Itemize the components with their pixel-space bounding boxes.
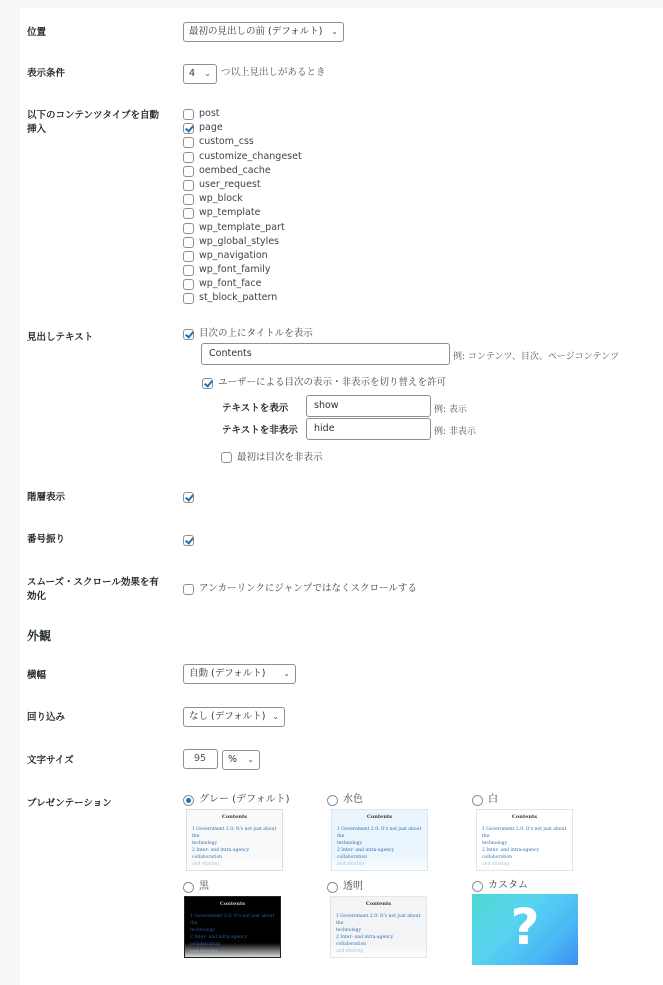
post-type-label: wp_template_part [199, 221, 285, 235]
radio-transparent[interactable] [327, 882, 338, 893]
preview-title: Contents [192, 814, 277, 821]
initially-hidden-checkbox[interactable] [221, 452, 232, 463]
numbering-checkbox[interactable] [183, 535, 194, 546]
post-type-label: page [199, 121, 223, 135]
radio-gray[interactable] [183, 795, 194, 806]
post-type-label: wp_global_styles [199, 235, 279, 249]
allow-toggle-label: ユーザーによる目次の表示・非表示を切り替えを許可 [218, 376, 446, 390]
preview-title: Contents [482, 814, 567, 821]
numbering-label: 番号振り [27, 533, 65, 547]
hide-text-label: テキストを非表示 [222, 422, 298, 436]
smooth-scroll-checkbox[interactable] [183, 584, 194, 595]
checkbox-wp-font-family[interactable] [183, 265, 194, 276]
initially-hidden-label: 最初は目次を非表示 [237, 451, 323, 465]
width-select-value: 自動 (デフォルト) [189, 668, 265, 679]
checkbox-post[interactable] [183, 109, 194, 120]
display-condition-suffix: つ以上見出しがあるとき [221, 66, 326, 80]
preview-line: 1 Government 2.0: It's not just about th… [190, 913, 275, 927]
smooth-scroll-label: スムーズ・スクロール効果を有 効化 [27, 576, 159, 604]
float-label: 回り込み [27, 711, 65, 725]
toc-title-hint: 例: コンテンツ、目次、ページコンテンツ [453, 349, 619, 362]
hierarchy-checkbox[interactable] [183, 492, 194, 503]
preview-custom[interactable]: ? [472, 894, 578, 965]
preview-title: Contents [190, 901, 275, 908]
allow-toggle-checkbox[interactable] [202, 378, 213, 389]
checkbox-page[interactable] [183, 123, 194, 134]
position-select[interactable]: 最初の見出しの前 (デフォルト) ⌄ [183, 22, 344, 42]
heading-text-label: 見出しテキスト [27, 331, 93, 345]
auto-insert-label-line2: 挿入 [27, 123, 159, 137]
post-type-label: custom_css [199, 135, 254, 149]
preview-transparent[interactable]: Contents 1 Government 2.0: It's not just… [330, 896, 427, 958]
smooth-scroll-option-label: アンカーリンクにジャンプではなくスクロールする [199, 582, 417, 596]
show-title-checkbox[interactable] [183, 329, 194, 340]
preview-line: technology [190, 927, 275, 934]
preview-title: Contents [337, 814, 422, 821]
width-label: 横幅 [27, 669, 46, 683]
presentation-option-label: カスタム [488, 879, 528, 893]
post-type-label: wp_font_face [199, 277, 261, 291]
checkbox-customize-changeset[interactable] [183, 152, 194, 163]
preview-line: 1 Government 2.0: It's not just about th… [482, 826, 567, 840]
checkbox-oembed-cache[interactable] [183, 166, 194, 177]
heading-count-select[interactable]: 4 ⌄ [183, 64, 217, 84]
float-select-value: なし (デフォルト) [189, 711, 265, 722]
font-size-unit-value: % [228, 754, 237, 765]
font-size-unit-select[interactable]: % ⌄ [222, 750, 260, 770]
font-size-input[interactable]: 95 [183, 749, 218, 769]
question-mark-icon: ? [472, 898, 578, 956]
post-type-label: wp_navigation [199, 249, 268, 263]
preview-light-blue[interactable]: Contents 1 Government 2.0: It's not just… [331, 809, 428, 871]
checkbox-wp-navigation[interactable] [183, 251, 194, 262]
font-size-label: 文字サイズ [27, 754, 74, 768]
show-text-label: テキストを表示 [222, 400, 288, 414]
preview-line: 1 Government 2.0: It's not just about th… [192, 826, 277, 840]
float-select[interactable]: なし (デフォルト) ⌄ [183, 707, 285, 727]
presentation-label: プレゼンテーション [27, 797, 112, 811]
hide-text-input[interactable]: hide [306, 418, 431, 440]
post-type-label: oembed_cache [199, 164, 271, 178]
smooth-scroll-label-line1: スムーズ・スクロール効果を有 [27, 576, 159, 590]
auto-insert-label-line1: 以下のコンテンツタイプを自動 [27, 109, 159, 123]
radio-black[interactable] [183, 882, 194, 893]
presentation-option-label: 水色 [343, 793, 363, 807]
chevron-down-icon: ⌄ [204, 65, 211, 83]
radio-white[interactable] [472, 795, 483, 806]
preview-gray[interactable]: Contents 1 Government 2.0: It's not just… [186, 809, 283, 871]
checkbox-wp-template-part[interactable] [183, 223, 194, 234]
checkbox-custom-css[interactable] [183, 137, 194, 148]
chevron-down-icon: ⌄ [283, 665, 290, 683]
toc-title-input[interactable]: Contents [201, 343, 450, 365]
checkbox-st-block-pattern[interactable] [183, 293, 194, 304]
position-label: 位置 [27, 26, 46, 40]
show-text-hint: 例: 表示 [434, 402, 467, 415]
show-title-label: 目次の上にタイトルを表示 [199, 327, 313, 341]
preview-line: technology [482, 840, 567, 847]
display-condition-label: 表示条件 [27, 67, 65, 81]
post-type-label: st_block_pattern [199, 291, 277, 305]
chevron-down-icon: ⌄ [272, 708, 279, 726]
smooth-scroll-label-line2: 効化 [27, 590, 159, 604]
appearance-heading: 外観 [27, 627, 51, 644]
preview-line: technology [192, 840, 277, 847]
preview-white[interactable]: Contents 1 Government 2.0: It's not just… [476, 809, 573, 871]
position-select-value: 最初の見出しの前 (デフォルト) [189, 26, 322, 37]
checkbox-user-request[interactable] [183, 180, 194, 191]
heading-count-value: 4 [189, 68, 195, 79]
radio-custom[interactable] [472, 881, 483, 892]
hierarchy-label: 階層表示 [27, 491, 65, 505]
show-text-input[interactable]: show [306, 395, 431, 417]
preview-line: technology [336, 927, 421, 934]
preview-title: Contents [336, 901, 421, 908]
presentation-option-label: 透明 [343, 880, 363, 894]
post-type-label: wp_template [199, 206, 260, 220]
post-type-label: user_request [199, 178, 261, 192]
presentation-option-label: グレー (デフォルト) [199, 793, 289, 807]
radio-light-blue[interactable] [327, 795, 338, 806]
post-type-label: wp_block [199, 192, 243, 206]
preview-black[interactable]: Contents 1 Government 2.0: It's not just… [184, 896, 281, 958]
preview-line: 1 Government 2.0: It's not just about th… [336, 913, 421, 927]
post-type-label: customize_changeset [199, 150, 302, 164]
chevron-down-icon: ⌄ [331, 23, 338, 41]
presentation-option-label: 白 [488, 793, 498, 807]
post-type-label: wp_font_family [199, 263, 271, 277]
width-select[interactable]: 自動 (デフォルト) ⌄ [183, 664, 296, 684]
presentation-option-label: 黒 [199, 880, 209, 894]
checkbox-wp-global-styles[interactable] [183, 237, 194, 248]
checkbox-wp-template[interactable] [183, 208, 194, 219]
checkbox-wp-block[interactable] [183, 194, 194, 205]
preview-line: 1 Government 2.0: It's not just about th… [337, 826, 422, 840]
post-type-label: post [199, 107, 220, 121]
auto-insert-label: 以下のコンテンツタイプを自動 挿入 [27, 109, 159, 137]
preview-line: technology [337, 840, 422, 847]
hide-text-hint: 例: 非表示 [434, 424, 476, 437]
chevron-down-icon: ⌄ [247, 751, 254, 769]
checkbox-wp-font-face[interactable] [183, 279, 194, 290]
